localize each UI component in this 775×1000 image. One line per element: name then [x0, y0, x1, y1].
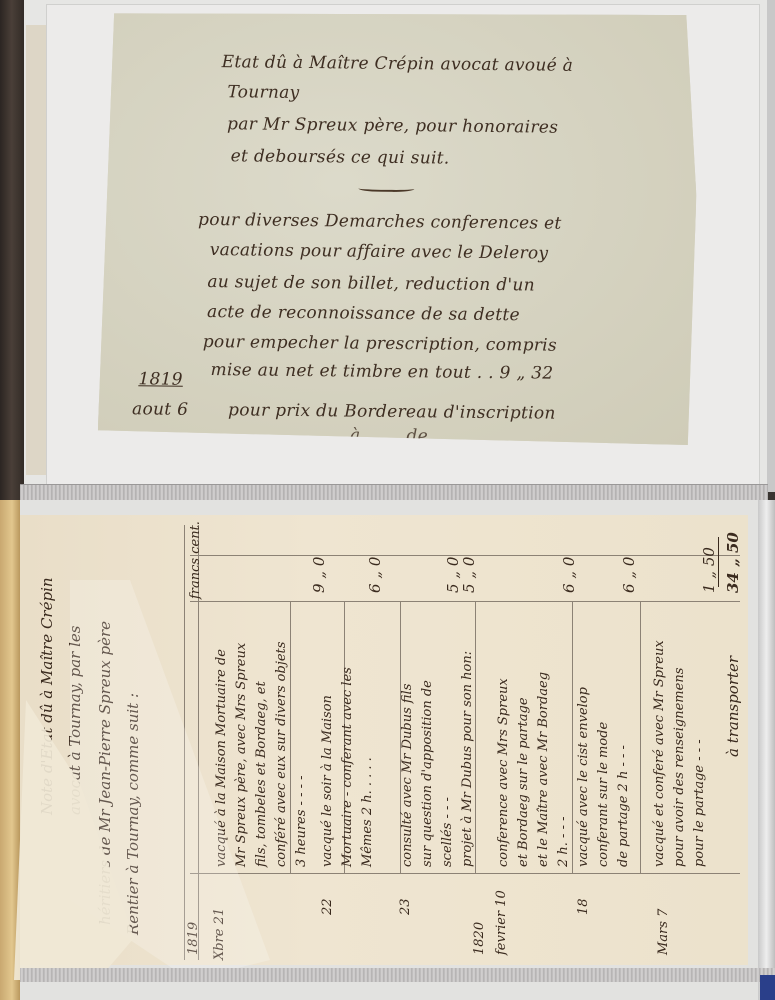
total-rule: [718, 537, 719, 587]
total-amount: 34 „ 50: [724, 532, 742, 593]
entry-text: 3 heures - - - -: [294, 775, 309, 867]
letter-line: au sujet de son billet, reduction d'un: [207, 272, 535, 295]
separator-flourish: [358, 184, 414, 193]
entry-text: scellés - - -: [440, 797, 455, 867]
entry-date: fevrier 10: [494, 890, 509, 955]
ledger-rule: [290, 601, 291, 873]
entry-text: Mr Spreux père, avec Mrs Spreux: [234, 643, 249, 867]
ledger-rule: [190, 601, 740, 602]
letter-line: mise au net et timbre en tout . . 9 „ 32: [210, 360, 553, 384]
ledger-rule: [190, 873, 740, 874]
entry-text: vacqué et conferé avec Mr Spreux: [652, 640, 667, 867]
entry-amount: 1 „ 50: [700, 547, 718, 593]
entry-text: pour le partage - - -: [692, 739, 707, 867]
entry-date: 23: [398, 898, 413, 915]
sleeve-right-edge: [758, 500, 775, 1000]
entry-text: conferant sur le mode: [596, 722, 611, 867]
carried-forward-label: à transporter: [724, 656, 742, 757]
entry-text: consulté avec Mr Dubus fils: [400, 684, 415, 867]
letter-line: vacations pour affaire avec le Deleroy: [210, 240, 549, 264]
entry-text: 2 h. - - -: [556, 817, 571, 867]
entry-date: 22: [320, 898, 335, 915]
entry-text: Mortuaire - conferant avec les: [340, 667, 355, 867]
letter-line: pour diverses Demarches conferences et: [198, 210, 562, 234]
letter-line: Tournay: [227, 82, 299, 103]
ledger-rule: [640, 601, 641, 873]
entry-amount: 9 „ 0: [310, 557, 328, 593]
date-year: 1819: [138, 369, 183, 389]
top-handwritten-letter: Etat dû à Maître Crépin avocat avoué à T…: [98, 9, 698, 445]
entry-amount: 5 „ 0: [460, 557, 478, 593]
bottom-binding-rail: [20, 968, 775, 982]
underlying-sheet-edge: [26, 25, 48, 475]
entry-year: 1820: [472, 922, 487, 955]
entry-text: et Bordaeg sur le partage: [516, 697, 531, 867]
entry-amount: 6 „ 0: [366, 557, 384, 593]
entry-text: de partage 2 h - - -: [616, 745, 631, 867]
date-entry: aout 6: [132, 399, 188, 420]
letter-line: acte de reconnoissance de sa dette: [207, 302, 520, 325]
entry-text: conféré avec eux sur divers objets: [274, 642, 289, 867]
entry-date: 18: [576, 898, 591, 915]
ledger-rule: [475, 601, 476, 873]
entry-date: Mars 7: [656, 909, 671, 955]
entry-text: sur question d'apposition de: [420, 680, 435, 867]
entry-amount: 6 „ 0: [620, 557, 638, 593]
entry-text: fils, tombeles et Bordaeg, et: [254, 681, 269, 867]
entry-text: vacqué le soir à la Maison: [320, 695, 335, 867]
letter-line: Etat dû à Maître Crépin avocat avoué à: [222, 52, 574, 76]
entry-amount: 6 „ 0: [560, 557, 578, 593]
entry-text: Mêmes 2 h. . . . .: [360, 757, 375, 867]
letter-line: pour prix du Bordereau d'inscription: [228, 400, 556, 423]
entry-text: pour avoir des renseignemens: [672, 668, 687, 867]
entry-text: conference avec Mrs Spreux: [496, 678, 511, 867]
ledger-rule: [572, 601, 573, 873]
letter-line: pour empecher la prescription, compris: [203, 332, 557, 356]
entry-text: et le Maître avec Mr Bordaeg: [536, 672, 551, 867]
blue-binder-tab: [760, 975, 775, 1000]
amount-column-header: francs cent.: [188, 521, 203, 599]
entry-text: projet à Mr Dubus pour son hon:: [460, 651, 475, 867]
entry-text: vacqué avec le cist envelop: [576, 687, 591, 867]
letter-line: et deboursés ce qui suit.: [231, 146, 450, 168]
letter-line: par Mr Spreux père, pour honoraires: [227, 114, 558, 137]
